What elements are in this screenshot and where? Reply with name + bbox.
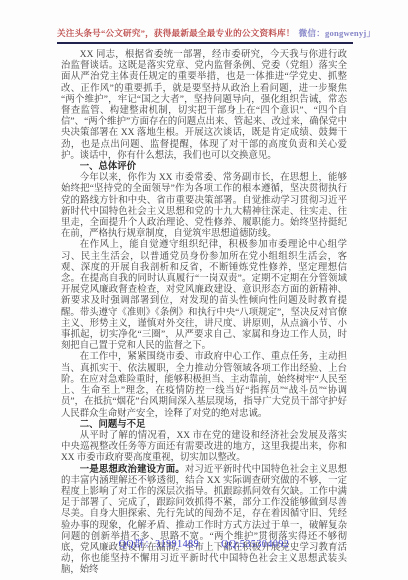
paragraph-work: 在工作中，紧紧围绕市委、市政府中心工作、重点任务，主动担当、真抓实干、依法履职，… (61, 352, 347, 419)
paragraph-lead-body: 对习近平新时代中国特色社会主义思想的丰富内涵理解还不够透彻，结合 XX 实际调查… (61, 465, 347, 576)
footer-contact: QQ群：31991489QQ:535304092 (0, 535, 408, 550)
document-body: XX 同志，根据省委统一部署，经市委研究，今天我与你进行政治监督谈话。这既是落实… (61, 50, 347, 577)
paragraph-workstyle: 在作风上，能自觉遵守组织纪律，积极参加市委理论中心组学习、民主生活会，以普通党员… (61, 240, 347, 352)
section-heading-overall-evaluation: 一、总体评价 (61, 162, 347, 173)
paragraph-ideology: 今年以来，你作为 XX 市委常委、常务副市长，在思想上，能够始终把“坚持党的全面… (61, 173, 347, 240)
header-banner-text: 关注头条号“公文研究”，获得最新最全最专业的公文资料库！ (57, 28, 295, 38)
footer-qq-group: QQ群：31991489 (119, 539, 199, 550)
paragraph-intro: XX 同志，根据省委统一部署，经市委研究，今天我与你进行政治监督谈话。这既是落实… (61, 50, 347, 162)
paragraph-lead-label: 一是思想政治建设方面。 (80, 465, 185, 475)
paragraph-problems-first: 一是思想政治建设方面。对习近平新时代中国特色社会主义思想的丰富内涵理解还不够透彻… (61, 465, 347, 577)
document-page: 关注头条号“公文研究”，获得最新最全最专业的公文资料库！微信：gongwenyj… (0, 0, 408, 580)
footer-qq: QQ:535304092 (221, 539, 289, 550)
section-heading-problems: 二、问题与不足 (61, 420, 347, 431)
paragraph-problems-intro: 从平时了解的情况看，XX 市在党的建设和经济社会发展及落实中央巡视整改任务等方面… (61, 431, 347, 465)
header-banner: 关注头条号“公文研究”，获得最新最全最专业的公文资料库！微信：gongwenyj… (57, 27, 353, 44)
header-wechat-text: 微信：gongwenyj」 (299, 28, 376, 38)
